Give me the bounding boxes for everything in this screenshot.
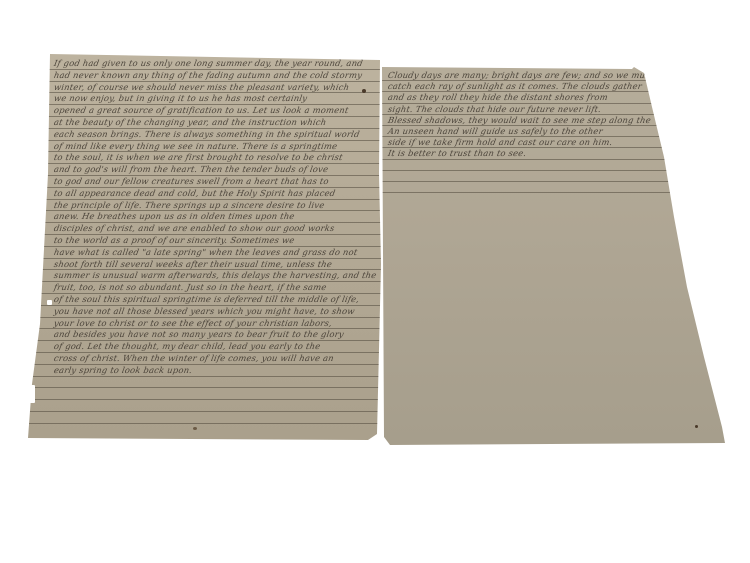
handwritten-line: early spring to look back upon. — [27, 365, 385, 375]
handwritten-line: summer is unusual warm afterwards, this … — [27, 270, 385, 280]
handwritten-line: winter, of course we should never miss t… — [27, 82, 385, 92]
handwritten-line: opened a great source of gratification t… — [27, 105, 385, 115]
right-page-text: Cloudy days are many; bright days are fe… — [382, 67, 727, 445]
handwritten-line: we now enjoy, but in giving it to us he … — [27, 93, 385, 103]
handwritten-line: and to god's will from the heart. Then t… — [27, 164, 385, 174]
handwritten-line: the principle of life. There springs up … — [27, 200, 385, 210]
handwritten-line: anew. He breathes upon us as in olden ti… — [27, 211, 385, 221]
ink-spot — [362, 89, 366, 93]
handwritten-line: disciples of christ, and we are enabled … — [27, 223, 385, 233]
handwritten-line: your love to christ or to see the effect… — [27, 318, 385, 328]
left-page-text: If god had given to us only one long sum… — [28, 54, 384, 440]
handwritten-line: catch each ray of sunlight as it comes. … — [381, 81, 728, 91]
handwritten-line: cross of christ. When the winter of life… — [27, 353, 385, 363]
handwritten-line: It is better to trust than to see. — [381, 148, 728, 158]
paper-tear — [47, 300, 52, 305]
handwritten-line: Blessed shadows, they would wait to see … — [381, 115, 728, 125]
handwritten-line: have what is called "a late spring" when… — [27, 247, 385, 257]
handwritten-line: to god and our fellow creatures swell fr… — [27, 176, 385, 186]
handwritten-line: to the soul, it is when we are first bro… — [27, 152, 385, 162]
ink-spot — [193, 427, 197, 430]
handwritten-line: you have not all those blessed years whi… — [27, 306, 385, 316]
handwritten-line: to all appearance dead and cold, but the… — [27, 188, 385, 198]
right-manuscript-page: Cloudy days are many; bright days are fe… — [382, 67, 727, 445]
handwritten-line: side if we take firm hold and cast our c… — [381, 137, 728, 147]
handwritten-line: An unseen hand will guide us safely to t… — [381, 126, 728, 136]
handwritten-line: each season brings. There is always some… — [27, 129, 385, 139]
ink-spot — [695, 425, 698, 428]
handwritten-line: fruit, too, is not so abundant. Just so … — [27, 282, 385, 292]
handwritten-line: If god had given to us only one long sum… — [27, 58, 385, 68]
handwritten-line: at the beauty of the changing year, and … — [27, 117, 385, 127]
handwritten-line: and as they roll they hide the distant s… — [381, 92, 728, 102]
handwritten-line: sight. The clouds that hide our future n… — [381, 104, 728, 114]
handwritten-line: of god. Let the thought, my dear child, … — [27, 341, 385, 351]
handwritten-line: and besides you have not so many years t… — [27, 329, 385, 339]
handwritten-line: shoot forth till several weeks after the… — [27, 259, 385, 269]
handwritten-line: of the soul this spiritual springtime is… — [27, 294, 385, 304]
left-manuscript-page: If god had given to us only one long sum… — [28, 54, 384, 440]
paper-tear — [28, 385, 35, 403]
handwritten-line: to the world as a proof of our sincerity… — [27, 235, 385, 245]
handwritten-line: of mind like every thing we see in natur… — [27, 141, 385, 151]
handwritten-line: Cloudy days are many; bright days are fe… — [381, 70, 728, 80]
handwritten-line: had never known any thing of the fading … — [27, 70, 385, 80]
